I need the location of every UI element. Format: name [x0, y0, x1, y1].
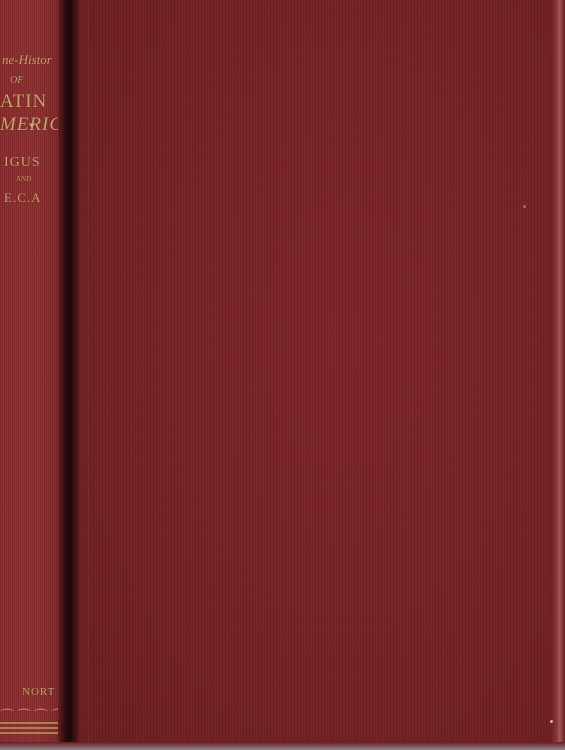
spine-publisher: NORT [22, 686, 55, 698]
spine-author-line-2: AND [16, 175, 31, 183]
spine-top-ornament: ⌒⌒⌒⌒ [0, 0, 62, 12]
spine-hinge-groove [58, 0, 80, 750]
cover-bottom-edge [0, 742, 565, 750]
spine-ornament-icon: ▼ [27, 121, 37, 132]
cover-wear-spot [550, 720, 553, 723]
spine-bottom-rules [0, 722, 62, 737]
spine-author-line-3: E.C.A [4, 190, 42, 206]
spine-author-line-1: IGUS [4, 155, 41, 171]
spine-title-line-1: ne-Histor [2, 52, 52, 68]
cover-right-edge [551, 0, 565, 750]
front-cover [78, 0, 565, 750]
cover-wear-spot [523, 205, 526, 208]
book-spine: ⌒⌒⌒⌒ ne-Histor OF ATIN MERIC ▼ IGUS AND … [0, 0, 64, 750]
cover-hinge-crease [86, 0, 90, 750]
spine-title-line-2: OF [10, 75, 23, 86]
book-photo: ⌒⌒⌒⌒ ne-Histor OF ATIN MERIC ▼ IGUS AND … [0, 0, 565, 750]
spine-title-line-3: ATIN [0, 91, 47, 113]
